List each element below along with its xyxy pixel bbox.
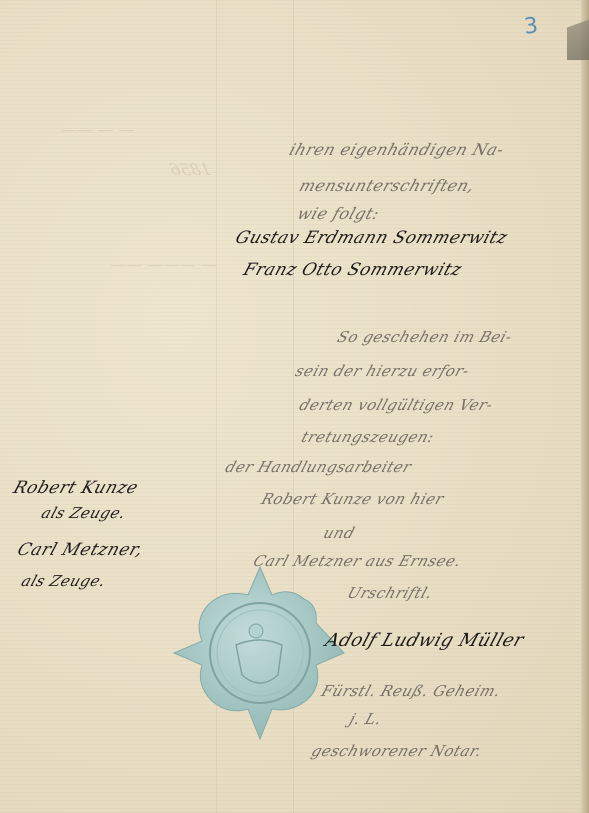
closing-line: sein der hierzu erfor- xyxy=(293,362,472,380)
signature-party-1: Gustav Erdmann Sommerwitz xyxy=(233,228,510,248)
bleed-through-text: — — —— xyxy=(57,120,136,139)
closing-line: Robert Kunze von hier xyxy=(259,490,446,508)
witness-signature-2: Carl Metzner, xyxy=(15,540,146,560)
witness-label-2: als Zeuge. xyxy=(19,572,108,590)
notary-title: Fürstl. Reuß. Geheim. xyxy=(319,682,503,700)
bleed-through-text: 1856 xyxy=(167,160,213,179)
closing-line: derten vollgültigen Ver- xyxy=(297,396,495,414)
witness-signature-1: Robert Kunze xyxy=(11,478,141,498)
page-number: 3 xyxy=(523,13,540,39)
body-line: wie folgt: xyxy=(295,204,382,223)
notary-title: geschworener Notar. xyxy=(309,742,484,760)
document-page: — — —— 1856 — ——— —— 3 ihren eigenhändig… xyxy=(0,0,589,813)
witness-label-1: als Zeuge. xyxy=(39,504,128,522)
closing-line: der Handlungsarbeiter xyxy=(223,458,414,476)
notary-title: j. L. xyxy=(347,710,384,728)
page-corner-shadow xyxy=(567,0,589,60)
closing-line: und xyxy=(321,524,357,542)
closing-line: Urschriftl. xyxy=(345,584,435,602)
signature-party-2: Franz Otto Sommerwitz xyxy=(241,260,465,280)
page-edge xyxy=(581,0,589,813)
bleed-through-text: — ——— —— xyxy=(107,255,218,274)
closing-line: So geschehen im Bei- xyxy=(335,328,515,346)
notary-seal-icon xyxy=(172,565,348,741)
body-line: mensunterschriften, xyxy=(297,176,477,195)
closing-line: tretungszeugen: xyxy=(299,428,437,446)
notary-signature: Adolf Ludwig Müller xyxy=(323,630,527,651)
body-line: ihren eigenhändigen Na- xyxy=(287,140,507,159)
